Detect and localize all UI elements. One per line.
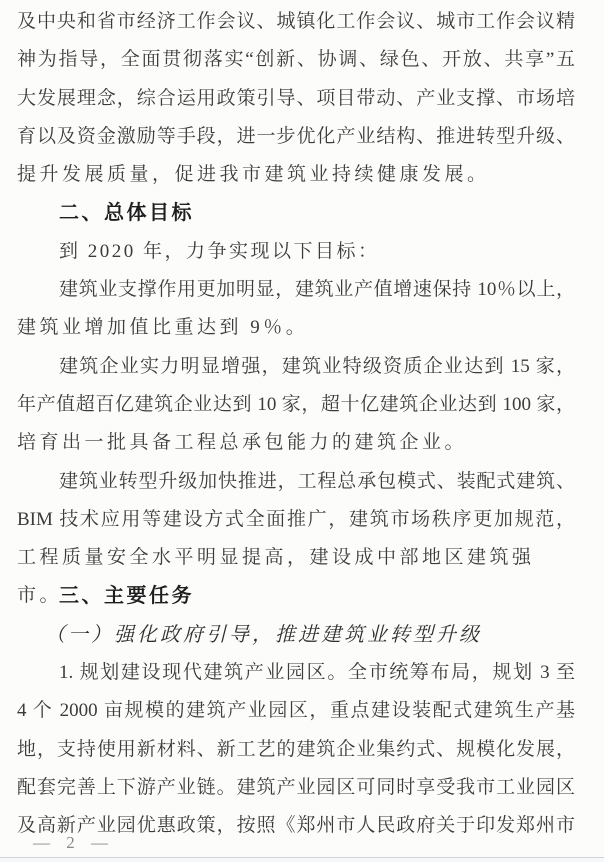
text-line: 培育出一批具备工程总承包能力的建筑企业。: [17, 424, 575, 462]
text-line: 到 2020 年，力争实现以下目标：: [17, 233, 575, 271]
text-line: 大发展理念，综合运用政策引导、项目带动、产业支撑、市场培: [17, 80, 575, 118]
text-line: 建筑业增加值比重达到 9％。: [17, 309, 575, 347]
text-line: 工程质量安全水平明显提高，建设成中部地区建筑强市。: [17, 539, 575, 577]
text-line: 神为指导，全面贯彻落实“创新、协调、绿色、开放、共享”五: [17, 41, 575, 79]
text-line: 年产值超百亿建筑企业达到 10 家，超十亿建筑企业达到 100 家，: [17, 386, 575, 424]
text-line: 建筑企业实力明显增强，建筑业特级资质企业达到 15 家，: [17, 348, 575, 386]
text-line: 育以及资金激励等手段，进一步优化产业结构、推进转型升级、: [17, 118, 575, 156]
page-number: — 2 —: [33, 833, 114, 853]
text-line: 1. 规划建设现代建筑产业园区。全市统筹布局，规划 3 至: [17, 654, 575, 692]
page-content: 及中央和省市经济工作会议、城镇化工作会议、城市工作会议精神为指导，全面贯彻落实“…: [17, 3, 575, 846]
text-line: 提升发展质量，促进我市建筑业持续健康发展。: [17, 156, 575, 194]
section-heading: 二、总体目标: [17, 194, 575, 232]
subsection-heading: （一）强化政府引导，推进建筑业转型升级: [17, 616, 575, 654]
text-line: 地，支持使用新材料、新工艺的建筑企业集约式、规模化发展，: [17, 731, 575, 769]
document-page: 及中央和省市经济工作会议、城镇化工作会议、城市工作会议精神为指导，全面贯彻落实“…: [0, 0, 604, 862]
text-line: 建筑业支撑作用更加明显，建筑业产值增速保持 10％以上，: [17, 271, 575, 309]
text-line: 配套完善上下游产业链。建筑产业园区可同时享受我市工业园区: [17, 769, 575, 807]
text-line: BIM 技术应用等建设方式全面推广，建筑市场秩序更加规范，: [17, 501, 575, 539]
section-heading: 三、主要任务: [17, 577, 575, 615]
page-bottom-edge: [0, 857, 604, 862]
text-line: 及中央和省市经济工作会议、城镇化工作会议、城市工作会议精: [17, 3, 575, 41]
text-line: 建筑业转型升级加快推进，工程总承包模式、装配式建筑、: [17, 463, 575, 501]
text-line: 4 个 2000 亩规模的建筑产业园区，重点建设装配式建筑生产基: [17, 692, 575, 730]
